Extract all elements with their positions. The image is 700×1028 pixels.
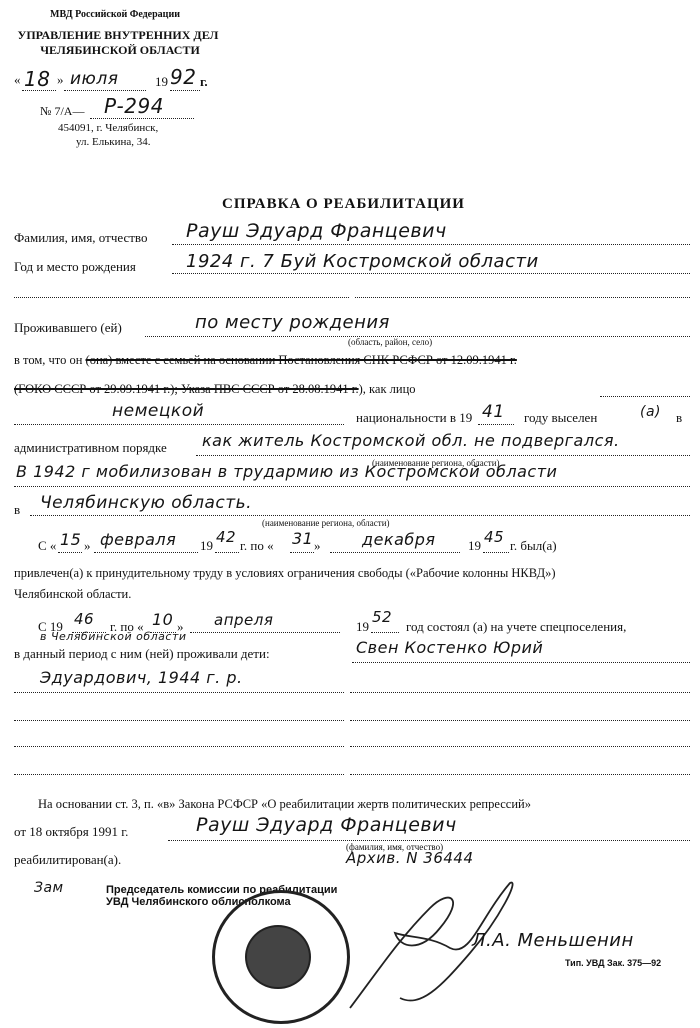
blank-line-1a [14, 297, 349, 298]
nationality-year-line [478, 424, 514, 425]
basis-line-2-end: ), как лицо [359, 382, 416, 396]
address-line-1: 454091, г. Челябинск, [58, 122, 158, 134]
document-title: СПРАВКА О РЕАБИЛИТАЦИИ [222, 196, 465, 213]
to-line [30, 515, 690, 516]
blank-line-4b [350, 774, 690, 775]
admin-label: административном порядке [14, 440, 167, 456]
period-from-label: С « [38, 538, 56, 554]
period-to-end: г. был(а) [510, 538, 557, 554]
department-line-2: ЧЕЛЯБИНСКОЙ ОБЛАСТИ [30, 43, 210, 58]
spec-to-day: 10 [152, 610, 173, 629]
deputy-note: Зам [34, 880, 64, 896]
blank-line-2a [14, 720, 344, 721]
period-to-year-line [483, 552, 509, 553]
residence-value: по месту рождения [195, 312, 390, 333]
date-year-label: г. [200, 74, 208, 90]
date-year-line [170, 90, 200, 91]
blank-line-4a [14, 774, 344, 775]
number-prefix: № 7/А— [40, 104, 84, 119]
spec-to-month: апреля [214, 611, 273, 629]
period-to-month: декабря [362, 530, 436, 549]
nationality-label: национальности в 19 [356, 410, 472, 426]
conclusion-name: Рауш Эдуард Францевич [196, 814, 457, 836]
number-value: Р-294 [104, 94, 164, 118]
date-day: 18 [24, 67, 50, 91]
ministry-name: МВД Российской Федерации [40, 9, 190, 20]
basis-line-2-blank [600, 396, 690, 397]
birth-line [172, 273, 690, 274]
to-value: Челябинскую область. [40, 493, 252, 513]
department-line-1: УПРАВЛЕНИЕ ВНУТРЕННИХ ДЕЛ [8, 28, 228, 43]
conclusion-name-line [168, 840, 690, 841]
nationality-suffix: в [676, 410, 682, 426]
forced-labor-line: привлечен(а) к принудительному труду в у… [14, 566, 556, 581]
date-year-prefix: 19 [155, 74, 168, 90]
children-line-2b [350, 692, 690, 693]
spec-year-line [371, 632, 399, 633]
signer-name: Л.А. Меньшенин [472, 930, 634, 951]
fio-value: Рауш Эдуард Францевич [186, 220, 447, 242]
residence-hint: (область, район, село) [348, 337, 432, 347]
number-line [90, 118, 194, 119]
seal-inner-ring [245, 925, 311, 989]
address-line-2: ул. Елькина, 34. [76, 136, 150, 148]
blank-line-3b [350, 746, 690, 747]
forced-labor-region: Челябинской области. [14, 587, 131, 602]
nationality-line [14, 424, 344, 425]
period-from-month-line [94, 552, 198, 553]
basis-line-1-struck: (она) вместе с семьей на основании Поста… [86, 353, 517, 367]
basis-line-1-start: в том, что он [14, 353, 82, 367]
rehab-label: реабилитирован(а). [14, 852, 121, 868]
period-to-year-prefix: 19 [468, 538, 481, 554]
fio-line [172, 244, 690, 245]
nationality-suffix-hw: (а) [640, 404, 661, 420]
region-hint-2: (наименование региона, области) [262, 518, 390, 528]
period-to-quote: » [314, 538, 321, 554]
period-to-day-line [290, 552, 314, 553]
children-line-1 [352, 662, 690, 663]
spec-to-month-line [190, 632, 340, 633]
fio-label: Фамилия, имя, отчество [14, 230, 147, 246]
period-from-month: февраля [100, 530, 176, 549]
children-label: в данный период с ним (ней) проживали де… [14, 646, 270, 662]
date-quote-open: « [14, 72, 21, 88]
print-info: Тип. УВД Зак. 375—92 [565, 958, 661, 968]
nationality-year-label: году выселен [524, 410, 597, 426]
residence-label: Проживавшего (ей) [14, 320, 122, 336]
conclusion-basis: На основании ст. 3, п. «в» Закона РСФСР … [38, 797, 531, 812]
blank-line-2b [350, 720, 690, 721]
spec-year: 52 [372, 608, 392, 626]
conclusion-date: от 18 октября 1991 г. [14, 824, 128, 840]
basis-line-2: (ГОКО СССР от 29.09.1941 г.); Указа ПВС … [14, 382, 416, 397]
children-value-2: Эдуардович, 1944 г. р. [40, 668, 243, 687]
period-to-year: 45 [484, 528, 504, 546]
basis-line-2-struck: (ГОКО СССР от 29.09.1941 г.); Указа ПВС … [14, 382, 359, 396]
spec-region: в Челябинской области [40, 630, 187, 643]
admin-value: как житель Костромской обл. не подвергал… [202, 431, 620, 450]
blank-line-3a [14, 746, 344, 747]
period-to-day: 31 [292, 529, 313, 548]
birth-label: Год и место рождения [14, 259, 136, 275]
spec-from-year: 46 [74, 610, 94, 628]
spec-year-prefix: 19 [356, 619, 369, 635]
date-month-line [64, 90, 146, 91]
period-from-year: 42 [216, 528, 236, 546]
children-line-2a [14, 692, 344, 693]
official-seal [212, 890, 350, 1024]
basis-line-1: в том, что он (она) вместе с семьей на о… [14, 353, 517, 368]
archive-note: Архив. N 36444 [346, 849, 474, 867]
date-month: июля [70, 69, 118, 89]
admin-line [196, 455, 690, 456]
spec-end: год состоял (а) на учете спецпоселения, [406, 619, 626, 635]
period-from-year-prefix: 19 [200, 538, 213, 554]
date-quote-close: » [57, 72, 64, 88]
period-to-month-line [330, 552, 460, 553]
date-year: 92 [170, 65, 196, 89]
blank-line-1b [355, 297, 690, 298]
nationality-value: немецкой [112, 401, 204, 421]
period-from-day-line [58, 552, 82, 553]
period-from-day: 15 [60, 530, 81, 549]
period-from-year-line [215, 552, 239, 553]
mobilized-value: В 1942 г мобилизован в трудармию из Кост… [16, 462, 557, 481]
birth-value: 1924 г. 7 Буй Костромской области [186, 251, 539, 272]
nationality-year: 41 [482, 402, 505, 422]
period-to-label: г. по « [240, 538, 274, 554]
to-label: в [14, 502, 20, 518]
children-value-1: Свен Костенко Юрий [356, 638, 543, 657]
mobilized-line [14, 486, 690, 487]
period-from-quote: » [84, 538, 91, 554]
